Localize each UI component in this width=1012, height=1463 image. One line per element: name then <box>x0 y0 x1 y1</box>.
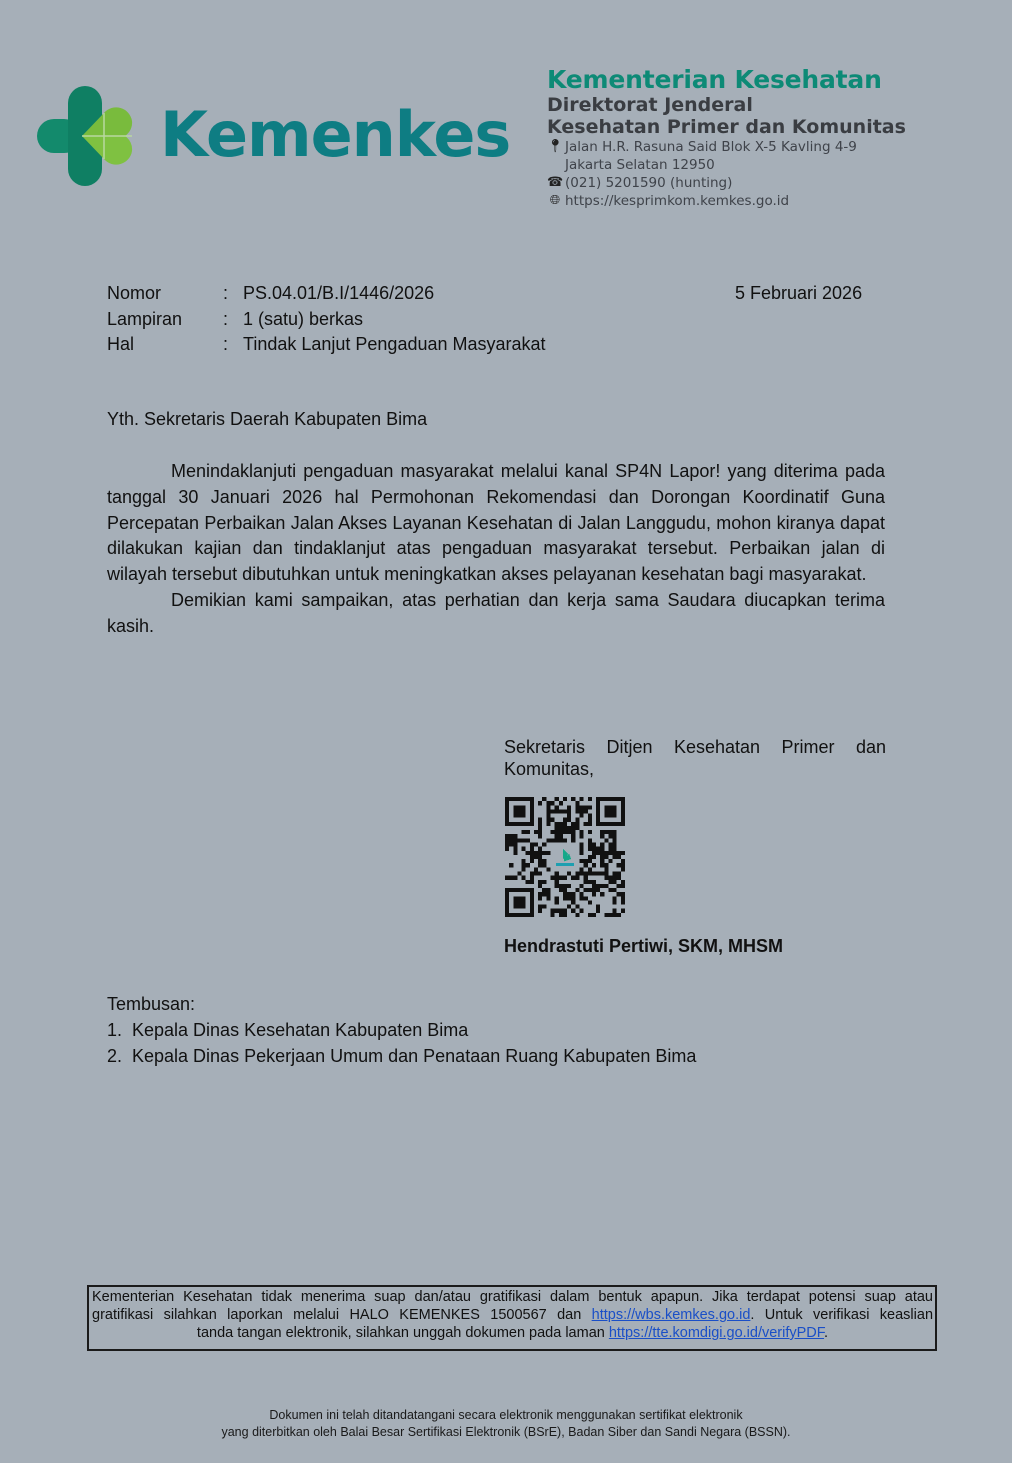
org-name: Kementerian Kesehatan <box>547 66 906 94</box>
website-line: 🌐︎ https://kesprimkom.kemkes.go.id <box>547 192 906 210</box>
map-pin-icon: 📍︎ <box>547 138 563 156</box>
cc-item-text: Kepala Dinas Kesehatan Kabupaten Bima <box>132 1020 468 1040</box>
meta-separator: : <box>223 283 243 304</box>
notice-line1: Kementerian Kesehatan tidak menerima sua… <box>92 1288 933 1306</box>
meta-label: Nomor <box>107 283 223 304</box>
website-link[interactable]: https://kesprimkom.kemkes.go.id <box>565 192 789 210</box>
meta-label: Hal <box>107 334 223 355</box>
meta-value: 1 (satu) berkas <box>243 309 363 330</box>
cc-item-text: Kepala Dinas Pekerjaan Umum dan Penataan… <box>132 1046 696 1066</box>
notice-text: . <box>824 1325 828 1341</box>
cc-heading: Tembusan: <box>107 991 696 1017</box>
meta-separator: : <box>223 334 243 355</box>
directorate-line1: Direktorat Jenderal <box>547 94 906 116</box>
org-header: Kementerian Kesehatan Direktorat Jendera… <box>547 66 906 210</box>
cc-item: 2.Kepala Dinas Pekerjaan Umum dan Penata… <box>107 1043 696 1069</box>
notice-text: tanda tangan elektronik, silahkan unggah… <box>197 1325 609 1341</box>
address-line: 📍︎ Jalan H.R. Rasuna Said Blok X-5 Kavli… <box>547 138 906 156</box>
signer-name: Hendrastuti Pertiwi, SKM, MHSM <box>504 936 783 957</box>
meta-label: Lampiran <box>107 309 223 330</box>
letter-body: Menindaklanjuti pengaduan masyarakat mel… <box>107 459 885 640</box>
meta-nomor: Nomor : PS.04.01/B.I/1446/2026 <box>107 283 434 304</box>
notice-line3: tanda tangan elektronik, silahkan unggah… <box>92 1324 933 1342</box>
title-word: Primer <box>782 736 835 758</box>
kemenkes-logo-mark-icon <box>37 86 137 186</box>
recipient: Yth. Sekretaris Daerah Kabupaten Bima <box>107 409 427 430</box>
title-word: dan <box>856 736 886 758</box>
esign-line2: yang diterbitkan oleh Balai Besar Sertif… <box>0 1424 1012 1441</box>
cc-section: Tembusan: 1.Kepala Dinas Kesehatan Kabup… <box>107 991 696 1069</box>
notice-text: . Untuk verifikasi keaslian <box>750 1307 933 1323</box>
phone-line: ☎ (021) 5201590 (hunting) <box>547 174 906 192</box>
meta-value: PS.04.01/B.I/1446/2026 <box>243 283 434 304</box>
address-line2: Jakarta Selatan 12950 <box>547 156 906 174</box>
meta-lampiran: Lampiran : 1 (satu) berkas <box>107 309 363 330</box>
meta-value: Tindak Lanjut Pengaduan Masyarakat <box>243 334 546 355</box>
meta-separator: : <box>223 309 243 330</box>
notice-text: gratifikasi silahkan laporkan melalui HA… <box>92 1307 592 1323</box>
directorate-line2: Kesehatan Primer dan Komunitas <box>547 116 906 138</box>
cc-item-number: 1. <box>107 1017 132 1043</box>
phone-number: (021) 5201590 (hunting) <box>565 174 732 192</box>
title-word: Kesehatan <box>674 736 760 758</box>
esign-statement: Dokumen ini telah ditandatangani secara … <box>0 1407 1012 1441</box>
title-line2: Komunitas, <box>504 758 886 780</box>
qr-code-icon[interactable] <box>504 797 626 917</box>
cc-list: 1.Kepala Dinas Kesehatan Kabupaten Bima … <box>107 1017 696 1069</box>
signatory-title: Sekretaris Ditjen Kesehatan Primer dan K… <box>504 736 886 780</box>
anti-gratification-notice: Kementerian Kesehatan tidak menerima sua… <box>87 1285 937 1351</box>
body-paragraph: Demikian kami sampaikan, atas perhatian … <box>107 588 885 640</box>
wbs-link[interactable]: https://wbs.kemkes.go.id <box>592 1307 751 1323</box>
cc-item-number: 2. <box>107 1043 132 1069</box>
body-paragraph: Menindaklanjuti pengaduan masyarakat mel… <box>107 459 885 588</box>
telephone-icon: ☎ <box>547 174 563 192</box>
letter-date: 5 Februari 2026 <box>735 283 862 304</box>
esign-line1: Dokumen ini telah ditandatangani secara … <box>0 1407 1012 1424</box>
verify-pdf-link[interactable]: https://tte.komdigi.go.id/verifyPDF <box>609 1325 824 1341</box>
notice-line2: gratifikasi silahkan laporkan melalui HA… <box>92 1306 933 1324</box>
globe-icon: 🌐︎ <box>547 192 563 210</box>
meta-hal: Hal : Tindak Lanjut Pengaduan Masyarakat <box>107 334 546 355</box>
title-word: Sekretaris <box>504 736 585 758</box>
address-line1: Jalan H.R. Rasuna Said Blok X-5 Kavling … <box>565 138 857 156</box>
cc-item: 1.Kepala Dinas Kesehatan Kabupaten Bima <box>107 1017 696 1043</box>
logo-wordmark: Kemenkes <box>160 98 510 171</box>
title-word: Ditjen <box>606 736 652 758</box>
